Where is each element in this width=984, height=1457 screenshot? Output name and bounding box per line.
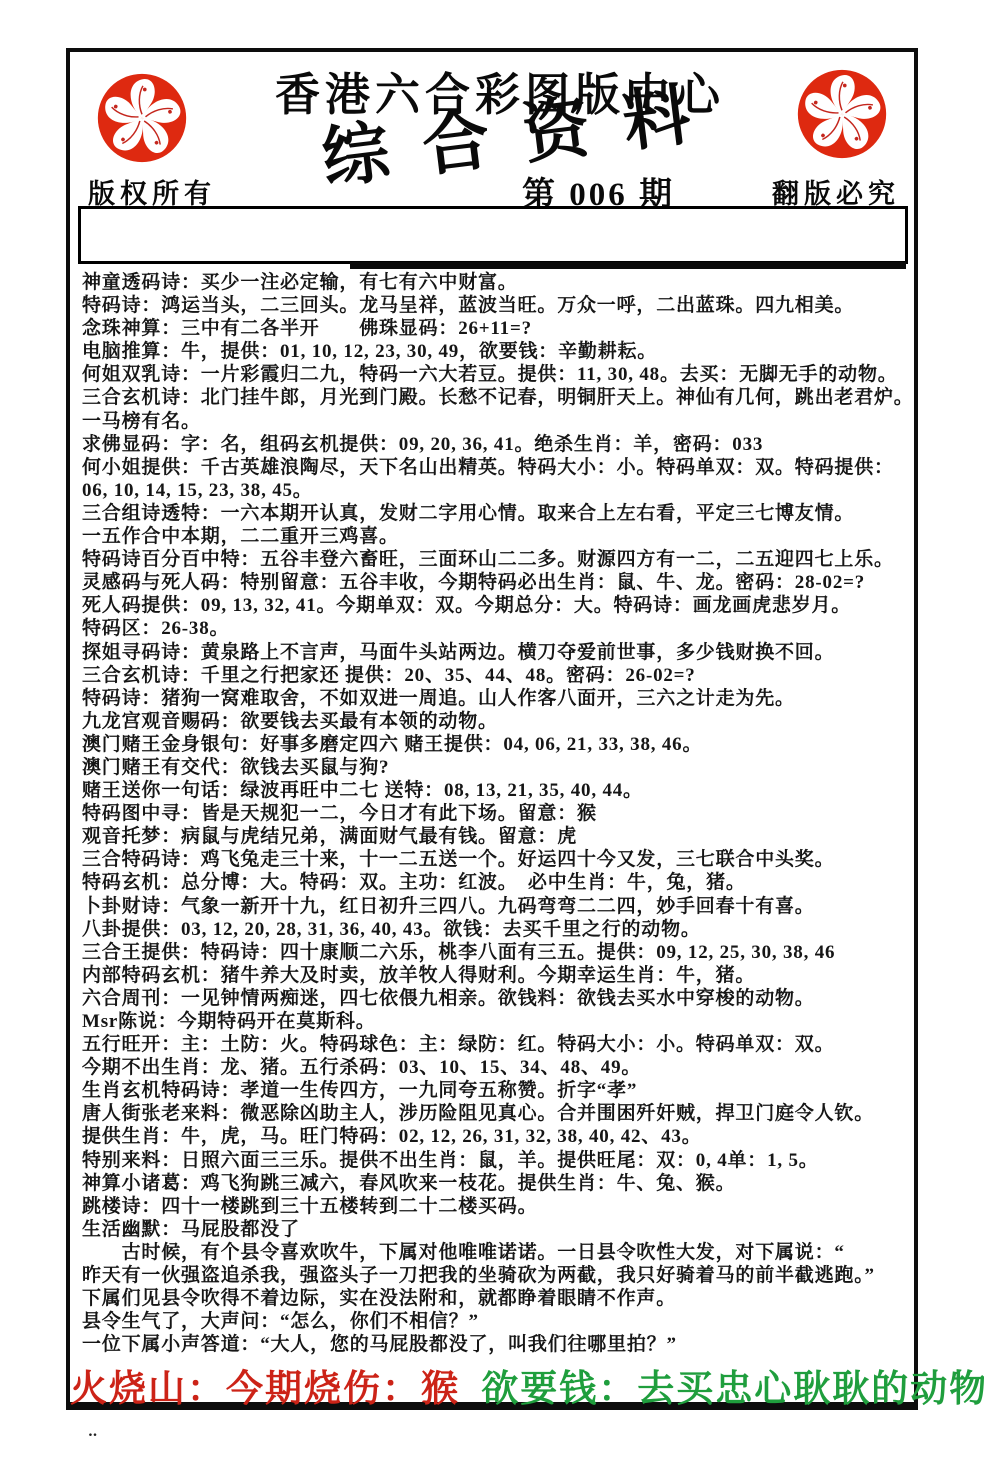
text-line: 电脑推算：牛，提供：01, 10, 12, 23, 30, 49，欲要钱：辛勤耕… xyxy=(82,340,910,363)
text-line: 六合周刊：一见钟情两痴迷，四七依偎九相亲。欲钱料：欲钱去买水中穿梭的动物。 xyxy=(82,987,910,1010)
scan-artifact-bar xyxy=(350,262,906,269)
text-line: 三合特码诗：鸡飞兔走三十来，十一二五送一个。好运四十今又发，三七联合中头奖。 xyxy=(82,848,910,871)
text-line: 五行旺开：主：土防：火。特码球色：主：绿防：红。特码大小：小。特码单双：双。 xyxy=(82,1033,910,1056)
text-line: 特别来料：日照六面三三乐。提供不出生肖：鼠，羊。提供旺尾：双：0, 4单：1, … xyxy=(82,1149,910,1172)
text-line: 生肖玄机特码诗：孝道一生传四方，一九同夸五称赞。折字“孝” xyxy=(82,1079,910,1102)
text-line: 提供生肖：牛，虎，马。旺门特码：02, 12, 26, 31, 32, 38, … xyxy=(82,1125,910,1148)
text-line: 观音托梦：病鼠与虎结兄弟，满面财气最有钱。留意：虎 xyxy=(82,825,910,848)
text-line: 今期不出生肖：龙、猪。五行杀码：03、10、15、34、48、49。 xyxy=(82,1056,910,1079)
text-line: 生活幽默：马屁股都没了 xyxy=(82,1218,910,1241)
text-line: 九龙宫观音赐码：欲要钱去买最有本领的动物。 xyxy=(82,710,910,733)
page-frame: 香港六合彩图版中心 综合资料 第 006 期 版权所有 翻版必究 神童透码诗：买… xyxy=(66,48,918,1410)
text-line: 下属们见县令吹得不着边际，实在没法附和，就都睁着眼睛不作声。 xyxy=(82,1287,910,1310)
text-line: 三合玄机诗：千里之行把家还 提供：20、35、44、48。密码：26-02=? xyxy=(82,664,910,687)
text-line: 三合组诗透特：一六本期开认真，发财二字用心情。取来合上左右看，平定三七博友情。 xyxy=(82,502,910,525)
text-line: 特码区：26-38。 xyxy=(82,617,910,640)
text-line: 三合王提供：特码诗：四十康顺二六乐，桃李八面有三五。提供：09, 12, 25,… xyxy=(82,941,910,964)
text-line: 内部特码玄机：猪牛养大及时卖，放羊牧人得财利。今期幸运生肖：牛，猪。 xyxy=(82,964,910,987)
bottom-banner: 火烧山：今期烧伤：猴 欲要钱：去买忠心耿耿的动物 xyxy=(70,1358,914,1412)
text-line: 死人码提供：09, 13, 32, 41。今期单双：双。今期总分：大。特码诗：画… xyxy=(82,594,910,617)
text-line: 三合玄机诗：北门挂牛郎，月光到门殿。长愁不记春，明铜肝天上。神仙有几何，跳出老君… xyxy=(82,386,910,409)
text-line: 一五作合中本期，二二重开三鸡喜。 xyxy=(82,525,910,548)
text-line: 特码图中寻：皆是天规犯一二，今日才有此下场。留意：猴 xyxy=(82,802,910,825)
text-line: 卜卦财诗：气象一新开十九，红日初升三四八。九码弯弯二二四，妙手回春十有喜。 xyxy=(82,895,910,918)
text-line: 何小姐提供：千古英雄浪陶尽，天下名山出精英。特码大小：小。特码单双：双。特码提供… xyxy=(82,456,910,479)
text-line: 神算小诸葛：鸡飞狗跳三减六，春风吹来一枝花。提供生肖：牛、兔、猴。 xyxy=(82,1172,910,1195)
hk-bauhinia-logo-left xyxy=(96,72,188,164)
text-line: 八卦提供：03, 12, 20, 28, 31, 36, 40, 43。欲钱：去… xyxy=(82,918,910,941)
body-text: 神童透码诗：买少一注必定输，有七有六中财富。特码诗：鸿运当头，二三回头。龙马呈祥… xyxy=(82,271,910,1356)
scan-dots: ‥ xyxy=(88,1424,105,1441)
text-line: 特码诗百分百中特：五谷丰登六畜旺，三面环山二二多。财源四方有一二，二五迎四七上乐… xyxy=(82,548,910,571)
text-line: 特码玄机：总分博：大。特码：双。主功：红波。 必中生肖：牛，兔，猪。 xyxy=(82,871,910,894)
text-line: 特码诗：鸿运当头，二三回头。龙马呈祥，蓝波当旺。万众一呼，二出蓝珠。四九相美。 xyxy=(82,294,910,317)
text-line: 06, 10, 14, 15, 23, 38, 45。 xyxy=(82,479,910,502)
text-line: 何姐双乳诗：一片彩霞归二九，特码一六大若豆。提供：11, 30, 48。去买：无… xyxy=(82,363,910,386)
banner-red-text: 火烧山：今期烧伤：猴 xyxy=(70,1369,460,1410)
text-line: 澳门赌王金身银句：好事多磨定四六 赌王提供：04, 06, 21, 33, 38… xyxy=(82,733,910,756)
text-line: 特码诗：猪狗一窝难取舍，不如双进一周追。山人作客八面开，三六之计走为先。 xyxy=(82,687,910,710)
text-line: 昨天有一伙强盗追杀我，强盗头子一刀把我的坐骑砍为两截，我只好骑着马的前半截逃跑。… xyxy=(82,1264,910,1287)
text-line: Msr陈说：今期特码开在莫斯科。 xyxy=(82,1010,910,1033)
text-line: 澳门赌王有交代：欲钱去买鼠与狗? xyxy=(82,756,910,779)
text-line: 赌王送你一句话：绿波再旺中二七 送特：08, 13, 21, 35, 40, 4… xyxy=(82,779,910,802)
blank-banner-box xyxy=(78,206,908,264)
banner-green-text: 欲要钱：去买忠心耿耿的动物 xyxy=(481,1369,984,1410)
text-line: 一马榜有名。 xyxy=(82,410,910,433)
text-line: 唐人街张老来料：微恶除凶助主人，涉历险阻见真心。合并围困歼奸贼，捍卫门庭令人钦。 xyxy=(82,1102,910,1125)
text-line: 念珠神算：三中有二各半开 佛珠显码：26+11=? xyxy=(82,317,910,340)
text-line: 古时候，有个县令喜欢吹牛，下属对他唯唯诺诺。一日县令吹性大发，对下属说：“ xyxy=(82,1241,910,1264)
text-line: 求佛显码：字：名，组码玄机提供：09, 20, 36, 41。绝杀生肖：羊，密码… xyxy=(82,433,910,456)
text-line: 神童透码诗：买少一注必定输，有七有六中财富。 xyxy=(82,271,910,294)
text-line: 跳楼诗：四十一楼跳到三十五楼转到二十二楼买码。 xyxy=(82,1195,910,1218)
text-line: 灵感码与死人码：特别留意：五谷丰收，今期特码必出生肖：鼠、牛、龙。密码：28-0… xyxy=(82,571,910,594)
text-line: 县令生气了，大声问：“怎么，你们不相信？” xyxy=(82,1310,910,1333)
text-line: 探姐寻码诗：黄泉路上不言声，马面牛头站两边。横刀夺爱前世事，多少钱财换不回。 xyxy=(82,641,910,664)
text-line: 一位下属小声答道：“大人，您的马屁股都没了，叫我们往哪里拍？” xyxy=(82,1333,910,1356)
